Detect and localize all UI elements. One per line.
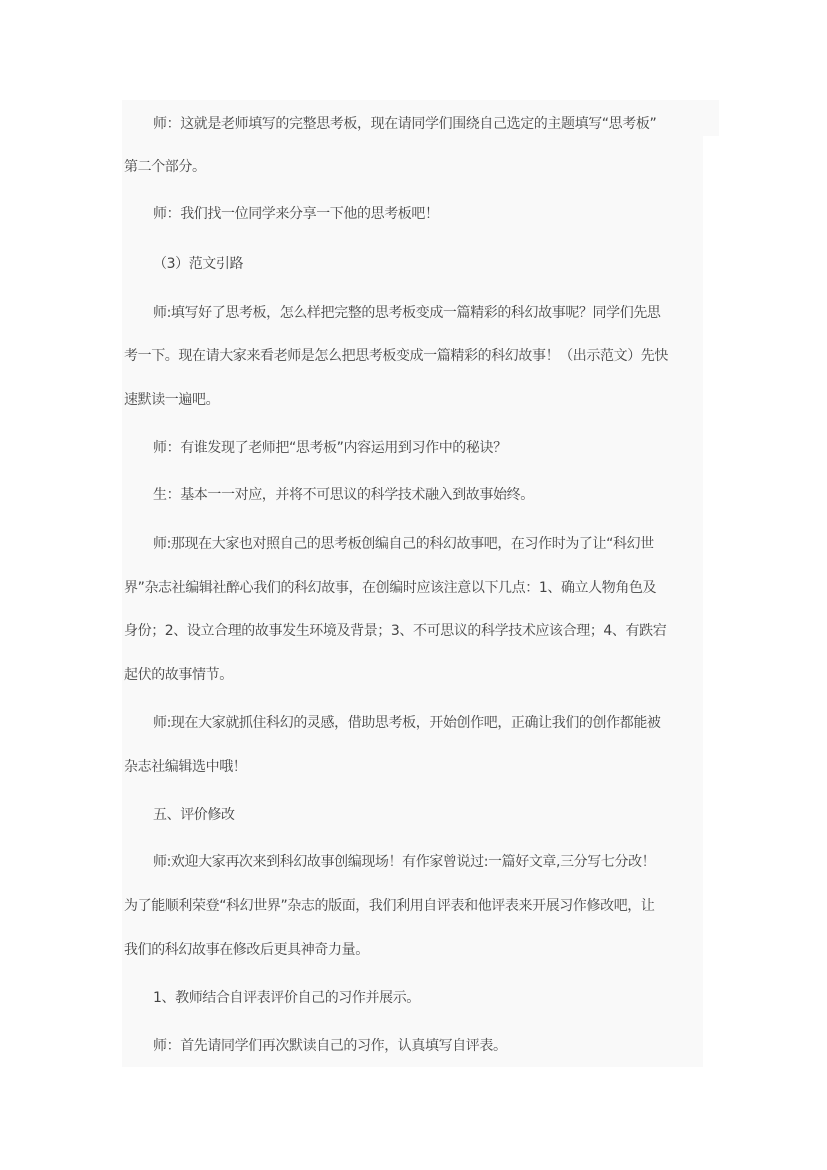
first-line-background bbox=[703, 100, 719, 136]
paragraph-line: 师:那现在大家也对照自己的思考板创编自己的科幻故事吧，在习作时为了让“科幻世 bbox=[153, 534, 654, 554]
paragraph-line: 师：我们找一位同学来分享一下他的思考板吧！ bbox=[153, 204, 439, 224]
paragraph-line: 身份；2、设立合理的故事发生环境及背景；3、不可思议的科学技术应该合理；4、有跌… bbox=[124, 621, 666, 641]
paragraph-line: 师：这就是老师填写的完整思考板，现在请同学们围绕自己选定的主题填写“思考板” bbox=[153, 114, 656, 134]
list-item: 1、教师结合自评表评价自己的习作并展示。 bbox=[153, 988, 420, 1008]
paragraph-line: 我们的科幻故事在修改后更具神奇力量。 bbox=[124, 940, 369, 960]
paragraph-line: 生：基本一一对应，并将不可思议的科学技术融入到故事始终。 bbox=[153, 485, 534, 505]
paragraph-line: 第二个部分。 bbox=[124, 157, 206, 177]
paragraph-line: 师:欢迎大家再次来到科幻故事创编现场！有作家曾说过:一篇好文章,三分写七分改！ bbox=[153, 852, 655, 872]
paragraph-line: 师:填写好了思考板，怎么样把完整的思考板变成一篇精彩的科幻故事呢？同学们先思 bbox=[153, 303, 661, 323]
paragraph-line: 起伏的故事情节。 bbox=[124, 665, 233, 685]
paragraph-line: 界”杂志社编辑社醉心我们的科幻故事，在创编时应该注意以下几点：1、确立人物角色及 bbox=[124, 578, 656, 598]
section-heading: （3）范文引路 bbox=[153, 254, 243, 274]
paragraph-line: 考一下。现在请大家来看老师是怎么把思考板变成一篇精彩的科幻故事！（出示范文）先快 bbox=[124, 346, 668, 366]
paragraph-line: 速默读一遍吧。 bbox=[124, 390, 219, 410]
paragraph-line: 师:现在大家就抓住科幻的灵感，借助思考板，开始创作吧，正确让我们的创作都能被 bbox=[153, 713, 661, 733]
paragraph-line: 师：首先请同学们再次默读自己的习作，认真填写自评表。 bbox=[153, 1036, 507, 1056]
paragraph-line: 师：有谁发现了老师把“思考板”内容运用到习作中的秘诀？ bbox=[153, 438, 507, 458]
section-heading: 五、评价修改 bbox=[153, 805, 235, 825]
paragraph-line: 杂志社编辑选中哦！ bbox=[124, 757, 246, 777]
paragraph-line: 为了能顺利荣登“科幻世界”杂志的版面，我们利用自评表和他评表来开展习作修改吧，让 bbox=[124, 896, 655, 916]
